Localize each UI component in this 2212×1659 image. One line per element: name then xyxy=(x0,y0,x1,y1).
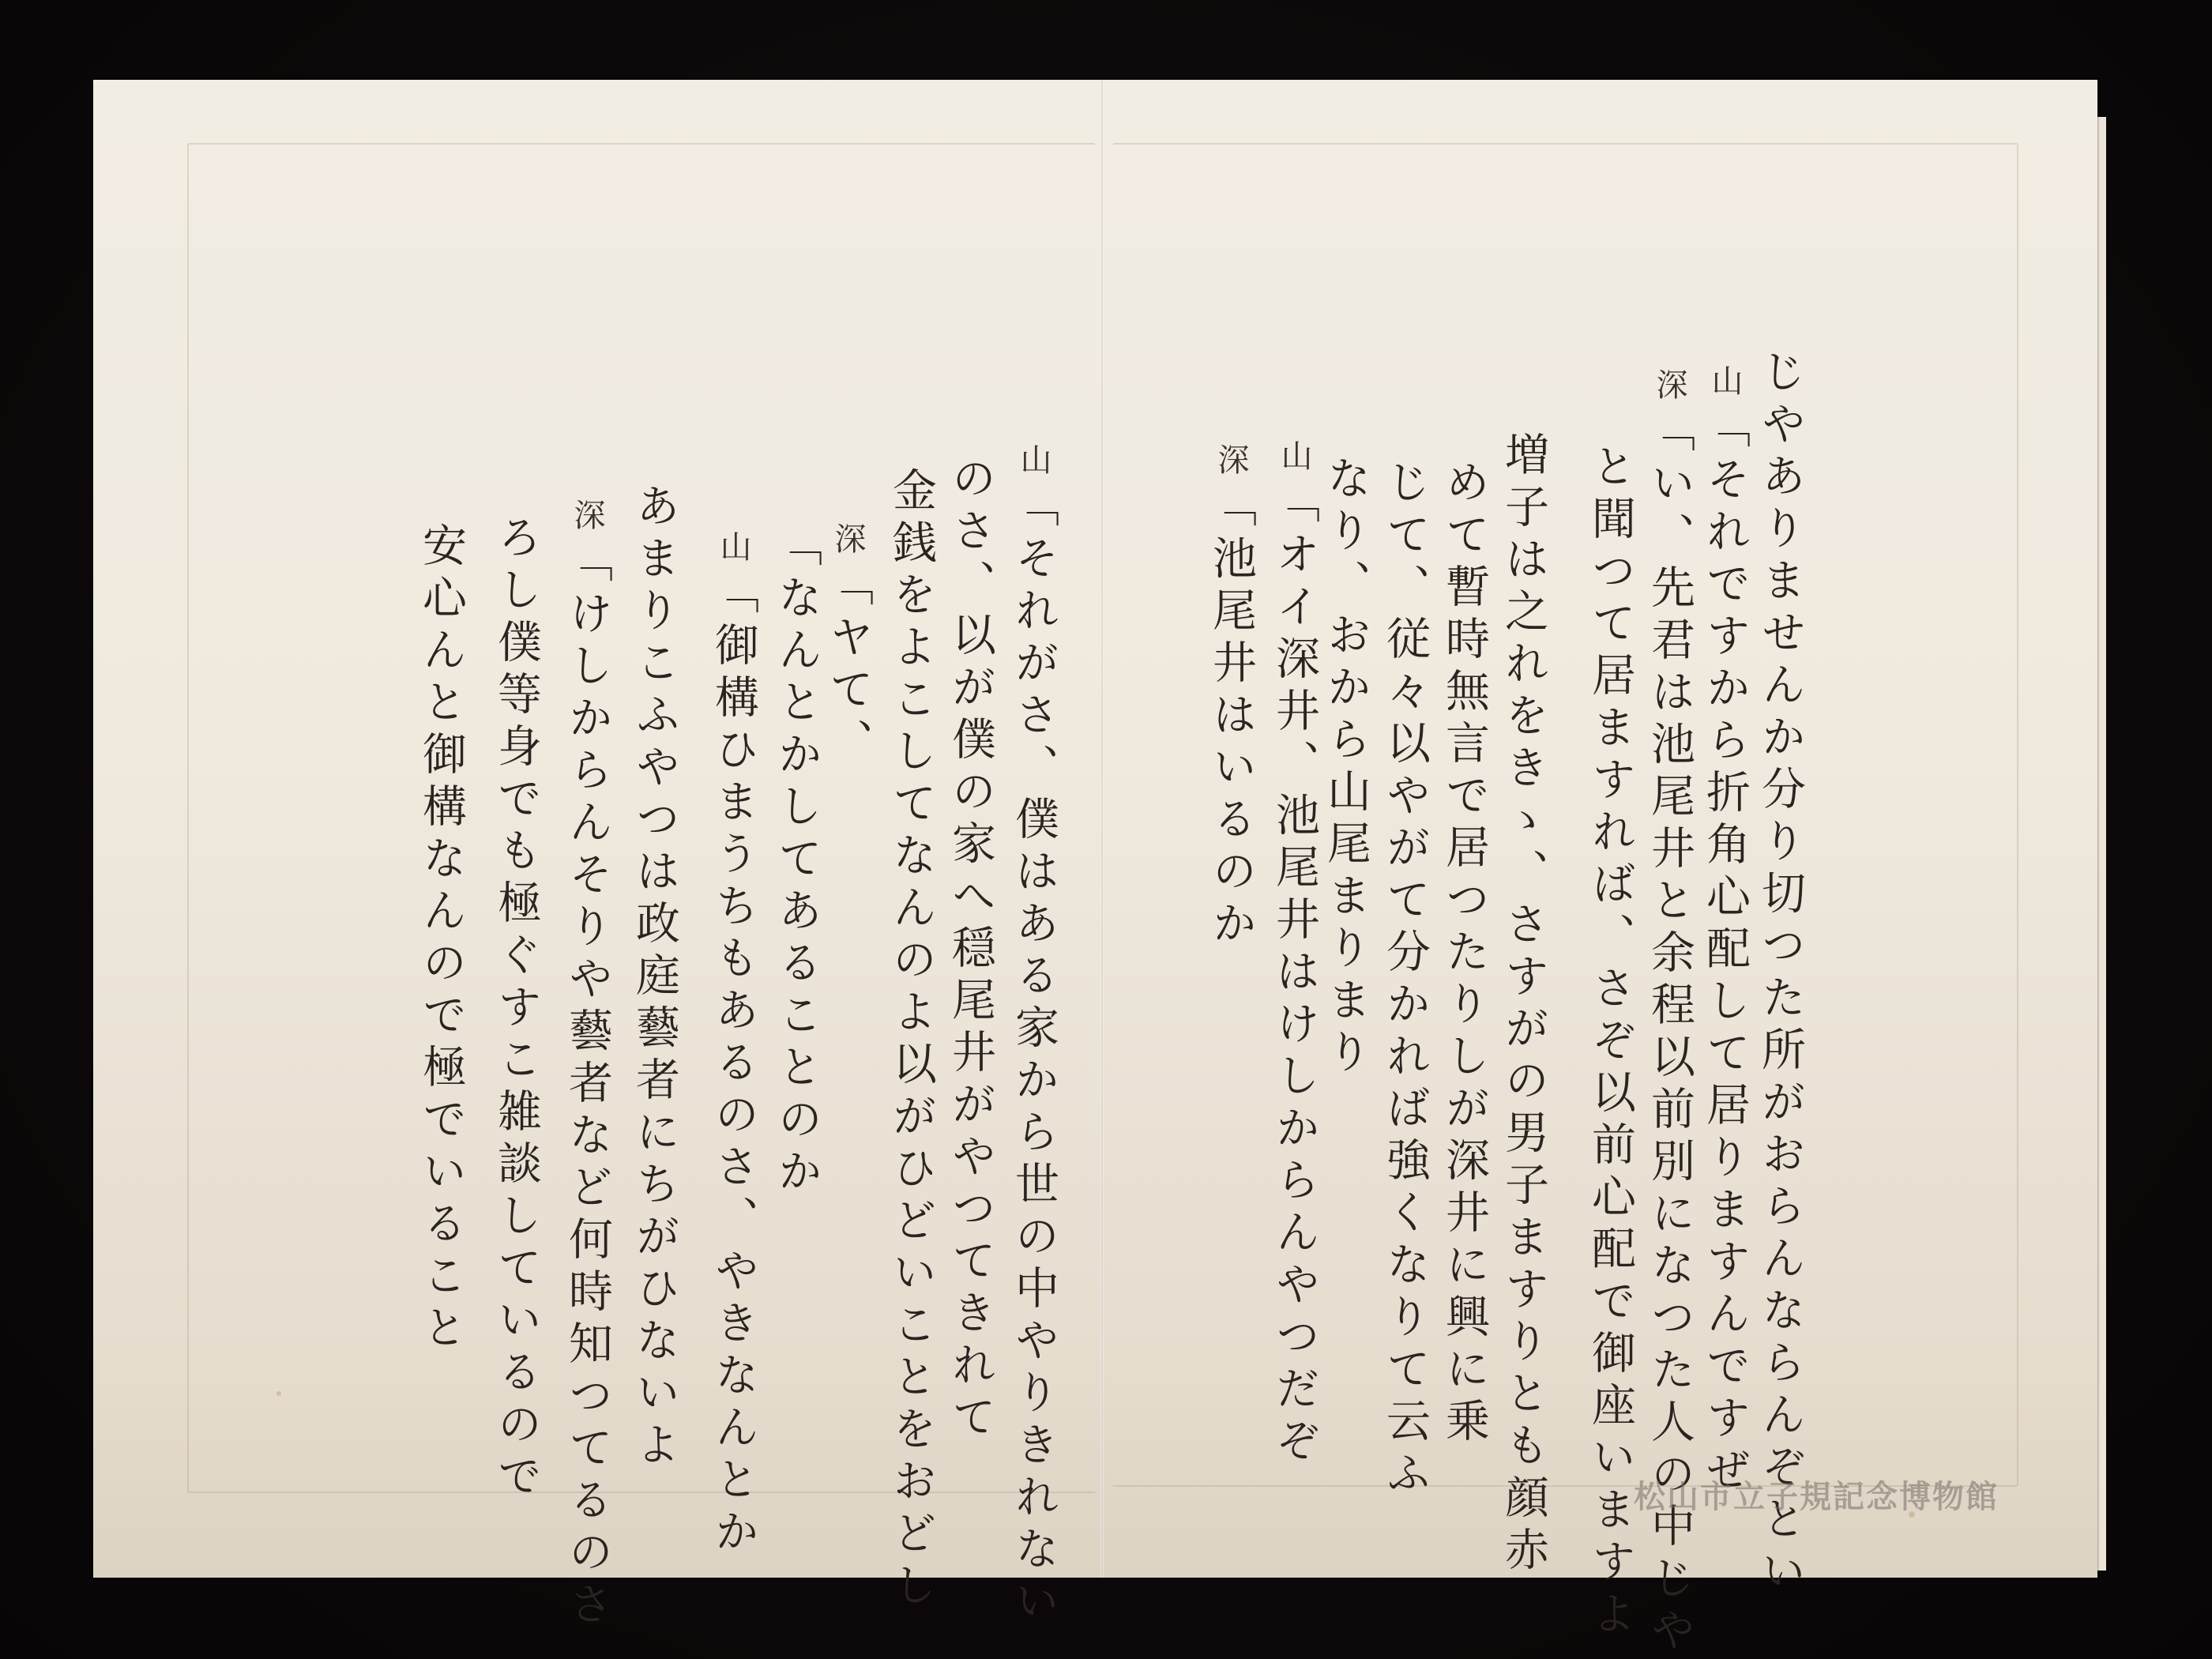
manuscript-column-r9: 山「オイ深井、池尾井はけしからんやつだぞ xyxy=(1272,439,1316,1469)
museum-watermark: 松山市立子規記念博物館 xyxy=(1634,1472,1999,1517)
speaker-mark: 山 xyxy=(1276,439,1312,479)
column-text: あまりこふやつは政庭藝者にちがひないよ xyxy=(629,483,680,1473)
column-text: 安心んと御構なんので極でいること xyxy=(416,522,467,1356)
column-text: 「池尾井はいるのか xyxy=(1206,483,1257,952)
manuscript-column-r8: なり、おから山尾まりまり xyxy=(1323,455,1367,1081)
manuscript-column-l1: 山「それがさ、僕はある家から世の中やりきれない xyxy=(1011,443,1055,1630)
manuscript-column-l9: ろし僕等身でも極ぐすこ雑談しているので xyxy=(494,514,538,1505)
manuscript-column-l6: 山「御構ひまうちもあるのさ、やきなんとか xyxy=(711,530,755,1560)
manuscript-column-l3: 金銭をよこしてなんのよ以がひどいことをおどし xyxy=(889,467,933,1614)
paper-stain xyxy=(276,1391,281,1396)
column-text: じやありませんか分り切つた所がおらんならんぞとい xyxy=(1755,348,1806,1600)
manuscript-column-r7: じて、従々以やがて分かれば強くなりて云ふ xyxy=(1382,459,1427,1502)
speaker-mark: 深 xyxy=(1651,368,1687,408)
speaker-mark: 山 xyxy=(715,530,751,570)
manuscript-column-l2: のさ、以が僕の家へ穏尾井がやつてきれて xyxy=(948,455,992,1446)
column-text: 金銭をよこしてなんのよ以がひどいことをおどし xyxy=(886,467,937,1614)
column-text: 増子は之れをきゝ、さすがの男子ますりとも顔赤 xyxy=(1498,431,1549,1578)
column-text: 「ヤて、 xyxy=(822,562,874,770)
manuscript-column-l8: 深「けしからんそりや藝者など何時知つてるのさ xyxy=(565,498,609,1633)
manuscript-column-r4: と聞つて居ますれば、さぞ以前心配で御座いますよ xyxy=(1588,443,1632,1642)
column-text: 「御構ひまうちもあるのさ、やきなんとか xyxy=(708,570,759,1560)
speaker-mark: 山 xyxy=(1706,364,1743,404)
speaker-mark: 深 xyxy=(1213,443,1249,483)
column-text: 「オイ深井、池尾井はけしからんやつだぞ xyxy=(1269,479,1320,1469)
column-text: のさ、以が僕の家へ穏尾井がやつてきれて xyxy=(945,455,996,1446)
center-fold xyxy=(1100,80,1104,1578)
manuscript-column-r10: 深「池尾井はいるのか xyxy=(1209,443,1253,952)
column-text: 「なんとかしてあることのか xyxy=(771,522,822,1200)
speaker-mark: 深 xyxy=(829,522,866,562)
manuscript-column-r6: めて暫時無言で居つたりしが深井に興に乗 xyxy=(1442,459,1486,1450)
column-text: 「それですから折角心配して居りますんですぜ xyxy=(1699,404,1751,1499)
column-text: 「けしからんそりや藝者など何時知つてるのさ xyxy=(562,538,613,1633)
manuscript-sheet: じやありませんか分り切つた所がおらんならんぞとい 山「それですから折角心配して居… xyxy=(93,80,2097,1578)
speaker-mark: 山 xyxy=(1015,443,1051,483)
column-text: ろし僕等身でも極ぐすこ雑談しているので xyxy=(491,514,542,1505)
column-text: 「それがさ、僕はある家から世の中やりきれない xyxy=(1008,483,1059,1630)
column-text: と聞つて居ますれば、さぞ以前心配で御座いますよ xyxy=(1585,443,1636,1642)
manuscript-column-l10: 安心んと御構なんので極でいること xyxy=(419,522,463,1356)
manuscript-column-l4: 深「ヤて、 xyxy=(826,522,870,770)
manuscript-column-l7: あまりこふやつは政庭藝者にちがひないよ xyxy=(632,483,676,1473)
speaker-mark: 深 xyxy=(569,498,605,538)
column-text: なり、おから山尾まりまり xyxy=(1320,455,1371,1081)
manuscript-column-r1: じやありませんか分り切つた所がおらんならんぞとい xyxy=(1758,348,1802,1600)
manuscript-column-r5: 増子は之れをきゝ、さすがの男子ますりとも顔赤 xyxy=(1501,431,1545,1578)
column-text: じて、従々以やがて分かれば強くなりて云ふ xyxy=(1379,459,1431,1502)
manuscript-column-l5: 「なんとかしてあることのか xyxy=(774,522,818,1200)
column-text: めて暫時無言で居つたりしが深井に興に乗 xyxy=(1439,459,1490,1450)
manuscript-column-r3: 深「い、先君は池尾井と余程以前別になつた人の中じや xyxy=(1647,368,1691,1659)
manuscript-column-r2: 山「それですから折角心配して居りますんですぜ xyxy=(1702,364,1747,1499)
